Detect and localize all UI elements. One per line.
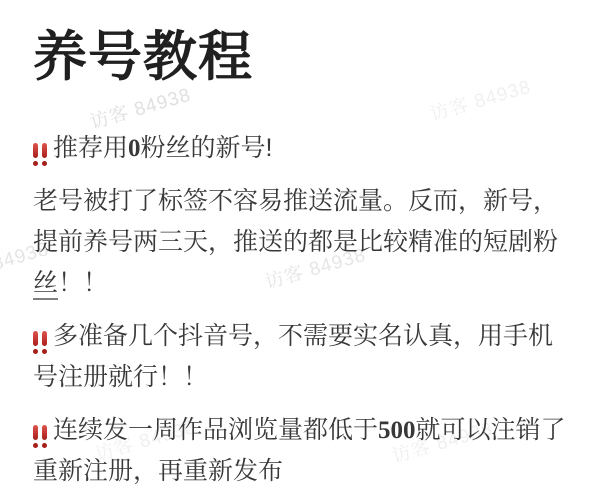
page-title: 养号教程	[33, 26, 573, 88]
double-exclamation-icon	[33, 331, 47, 354]
double-exclamation-icon	[33, 143, 47, 166]
paragraph-low-views-reset: 连续发一周作品浏览量都低于500就可以注销了重新注册，再重新发布	[33, 410, 573, 492]
paragraph-text: 连续发一周作品浏览量都低于500就可以注销了重新注册，再重新发布	[33, 416, 566, 485]
paragraph-text: 推荐用0粉丝的新号!	[53, 134, 272, 162]
double-exclamation-icon	[33, 425, 47, 448]
text-run: 推荐用	[53, 134, 128, 162]
paragraph-text: 多准备几个抖音号，不需要实名认真，用手机号注册就行！！	[33, 322, 553, 391]
text-run: 粉丝的新号!	[141, 134, 273, 162]
paragraph-recommend-new-account: 推荐用0粉丝的新号!	[33, 128, 573, 169]
text-run: 连续发一周作品浏览量都低于	[53, 416, 378, 444]
text-run: 500	[378, 417, 416, 444]
paragraph-old-vs-new-account: 老号被打了标签不容易推送流量。反而，新号，提前养号两三天，推送的都是比较精准的短…	[33, 181, 573, 304]
text-run: ！！	[58, 269, 108, 297]
paragraph-text: 老号被打了标签不容易推送流量。反而，新号，提前养号两三天，推送的都是比较精准的短…	[33, 187, 558, 300]
document-body: 养号教程 推荐用0粉丝的新号! 老号被打了标签不容易推送流量。反而，新号，提前养…	[0, 0, 593, 492]
text-run: 丝	[33, 269, 58, 300]
text-run: 0	[128, 135, 141, 162]
document-page: 访客 84938 访客 84938 访客 84938 访客 84938 访客 8…	[0, 0, 593, 500]
paragraph-prepare-accounts: 多准备几个抖音号，不需要实名认真，用手机号注册就行！！	[33, 316, 573, 398]
text-run: 老号被打了标签不容易推送流量。反而，新号，提前养号两三天，推送的都是比较精准的短…	[33, 187, 558, 256]
text-run: 多准备几个抖音号，不需要实名认真，用手机号注册就行！！	[33, 322, 553, 391]
